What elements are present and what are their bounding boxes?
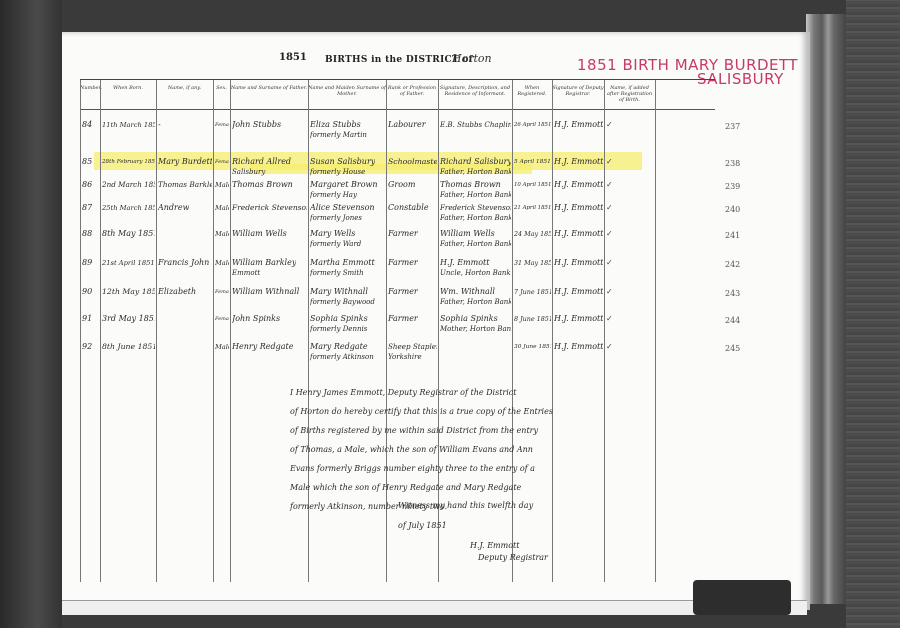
column-rule [213,80,214,582]
column-rule [655,80,656,582]
cell-registered: 26 April 1851 [514,120,551,130]
cell-name: Elizabeth [158,287,196,297]
witness-line: Witness my hand this twelfth day [398,496,533,516]
cell-informant: H.J. EmmottUncle, Horton Bank [440,258,511,278]
entry-reference-number: 241 [725,231,740,240]
cell-sex: Female [215,120,229,130]
cell-father: Richard AllredSalisbury [232,157,291,177]
cell-mother: Mary Withnallformerly Baywood [310,287,375,307]
column-header: When Born. [100,80,156,110]
column-header: Name and Maiden Surname of Mother. [308,80,386,110]
cell-rank: Schoolmaster [388,157,437,167]
cell-when-born: 8th May 1851 [102,229,155,239]
column-header: Name, if added after Registration of Bir… [604,80,655,110]
signature-title: Deputy Registrar [470,552,548,564]
entry-reference-number: 238 [725,159,740,168]
cell-sex: Male [215,229,229,239]
cell-registered: 30 June 1851 [514,342,551,352]
cell-informant: Sophia SpinksMother, Horton Bank [440,314,511,334]
register-year: 1851 [279,52,307,63]
certificate-line: Evans formerly Briggs number eighty thre… [290,459,630,478]
column-rule [80,80,81,582]
cell-number: 86 [82,180,92,190]
cell-father: William Wells [232,229,287,239]
column-rule [230,80,231,582]
cell-registrar: H.J. Emmott [554,229,603,239]
column-header: Number. [80,80,100,110]
entry-reference-number: 243 [725,289,740,298]
cell-added-name: ✓ [606,229,613,239]
cell-registered: 31 May 1851 [514,258,551,268]
cell-registrar: H.J. Emmott [554,342,603,352]
column-rule [156,80,157,582]
cell-registered: 21 April 1851 [514,203,551,213]
cell-when-born: 12th May 1851 [102,287,155,297]
registrar-signature: H.J. Emmott Deputy Registrar [470,540,548,564]
cell-sex: Female [215,287,229,297]
cell-registrar: H.J. Emmott [554,314,603,324]
cell-father: John Spinks [232,314,280,324]
cell-name: Andrew [158,203,189,213]
book-spine [806,14,846,604]
cell-registered: 7 June 1851 [514,287,551,297]
certificate-line: of Thomas, a Male, which the son of Will… [290,440,630,459]
cell-number: 89 [82,258,92,268]
cell-number: 87 [82,203,92,213]
cell-mother: Alice Stevensonformerly Jones [310,203,375,223]
cell-father: John Stubbs [232,120,281,130]
cell-informant: Thomas BrownFather, Horton Bank [440,180,511,200]
cell-when-born: 21st April 1851 [102,258,155,268]
cell-informant: E.B. Stubbs Chaplin [440,120,511,130]
cell-name: Mary Burdett [158,157,212,167]
cell-added-name: ✓ [606,287,613,297]
column-header: Signature, Description, and Residence of… [438,80,512,110]
cell-mother: Mary Wellsformerly Ward [310,229,361,249]
column-header: Signature of Deputy Registrar. [552,80,604,110]
cell-number: 92 [82,342,92,352]
cell-rank: Groom [388,180,415,190]
cell-father: Thomas Brown [232,180,293,190]
cell-added-name: ✓ [606,120,613,130]
cell-added-name: ✓ [606,342,613,352]
certificate-line: Male which the son of Henry Redgate and … [290,478,630,497]
cell-when-born: 8th June 1851 [102,342,155,352]
cell-when-born: 3rd May 1851 [102,314,155,324]
register-title: BIRTHS in the DISTRICT of [325,55,473,65]
cell-registrar: H.J. Emmott [554,203,603,213]
cell-mother: Susan Salisburyformerly House [310,157,375,177]
signature-name: H.J. Emmott [470,540,548,552]
cell-when-born: 2nd March 1851 [102,180,155,190]
column-rule [100,80,101,582]
witness-statement: Witness my hand this twelfth day of July… [398,496,533,536]
entry-reference-number: 242 [725,260,740,269]
cell-name: Francis John [158,258,209,268]
cell-name: - [158,120,161,130]
cell-number: 84 [82,120,92,130]
certificate-line: I Henry James Emmott, Deputy Registrar o… [290,383,630,402]
cell-rank: Farmer [388,258,418,268]
certificate-line: of Horton do hereby certify that this is… [290,402,630,421]
cell-when-born: 28th February 1851 [102,157,155,167]
column-header: Name and Surname of Father. [230,80,308,110]
witness-date: of July 1851 [398,516,533,536]
column-header: Name, if any. [156,80,213,110]
cell-father: Frederick Stevenson [232,203,307,213]
column-header: Sex. [213,80,230,110]
cell-rank: Sheep StaplerYorkshire [388,342,437,362]
cell-registered: 8 June 1851 [514,314,551,324]
cell-mother: Eliza Stubbsformerly Martin [310,120,367,140]
cell-father: William BarkleyEmmott [232,258,296,278]
certificate-line: of Births registered by me within said D… [290,421,630,440]
cell-father: Henry Redgate [232,342,293,352]
cell-rank: Farmer [388,229,418,239]
cell-rank: Constable [388,203,429,213]
entry-reference-number: 245 [725,344,740,353]
district-name: Horton [452,52,492,65]
cell-informant: Wm. WithnallFather, Horton Bank [440,287,511,307]
cell-registered: 24 May 1851 [514,229,551,239]
cell-sex: Female [215,314,229,324]
cell-sex: Male [215,180,229,190]
cell-number: 88 [82,229,92,239]
cell-number: 90 [82,287,92,297]
cell-when-born: 25th March 1851 [102,203,155,213]
cell-sex: Male [215,203,229,213]
cell-added-name: ✓ [606,258,613,268]
cell-registrar: H.J. Emmott [554,157,603,167]
cell-number: 85 [82,157,92,167]
cell-mother: Margaret Brownformerly Hay [310,180,378,200]
entry-reference-number: 244 [725,316,740,325]
cell-informant: Richard SalisburyFather, Horton Bank [440,157,511,177]
cell-registrar: H.J. Emmott [554,258,603,268]
cell-registrar: H.J. Emmott [554,180,603,190]
entry-reference-number: 237 [725,122,740,131]
entry-reference-number: 239 [725,182,740,191]
cell-sex: Female [215,157,229,167]
cell-rank: Farmer [388,314,418,324]
cell-registrar: H.J. Emmott [554,287,603,297]
cell-father: William Withnall [232,287,299,297]
entry-reference-number: 240 [725,205,740,214]
cell-name: Thomas Barkley [158,180,212,190]
cell-mother: Martha Emmottformerly Smith [310,258,375,278]
cell-rank: Farmer [388,287,418,297]
cell-mother: Sophia Spinksformerly Dennis [310,314,368,334]
cell-when-born: 11th March 1851 [102,120,155,130]
cell-sex: Male [215,342,229,352]
cell-registrar: H.J. Emmott [554,120,603,130]
cell-number: 91 [82,314,92,324]
cell-added-name: ✓ [606,180,613,190]
cell-sex: Male [215,258,229,268]
book-clasp [693,580,791,615]
cell-informant: Frederick StevensonFather, Horton Bank [440,203,511,223]
cell-added-name: ✓ [606,314,613,324]
column-header: When Registered. [512,80,552,110]
cell-added-name: ✓ [606,203,613,213]
cell-rank: Labourer [388,120,426,130]
cell-registered: 5 April 1851 [514,157,551,167]
column-header: Rank or Profession of Father. [386,80,438,110]
cell-added-name: ✓ [606,157,613,167]
cell-informant: William WellsFather, Horton Bank [440,229,511,249]
book-edge [846,0,900,628]
cell-registered: 10 April 1851 [514,180,551,190]
cell-mother: Mary Redgateformerly Atkinson [310,342,374,362]
